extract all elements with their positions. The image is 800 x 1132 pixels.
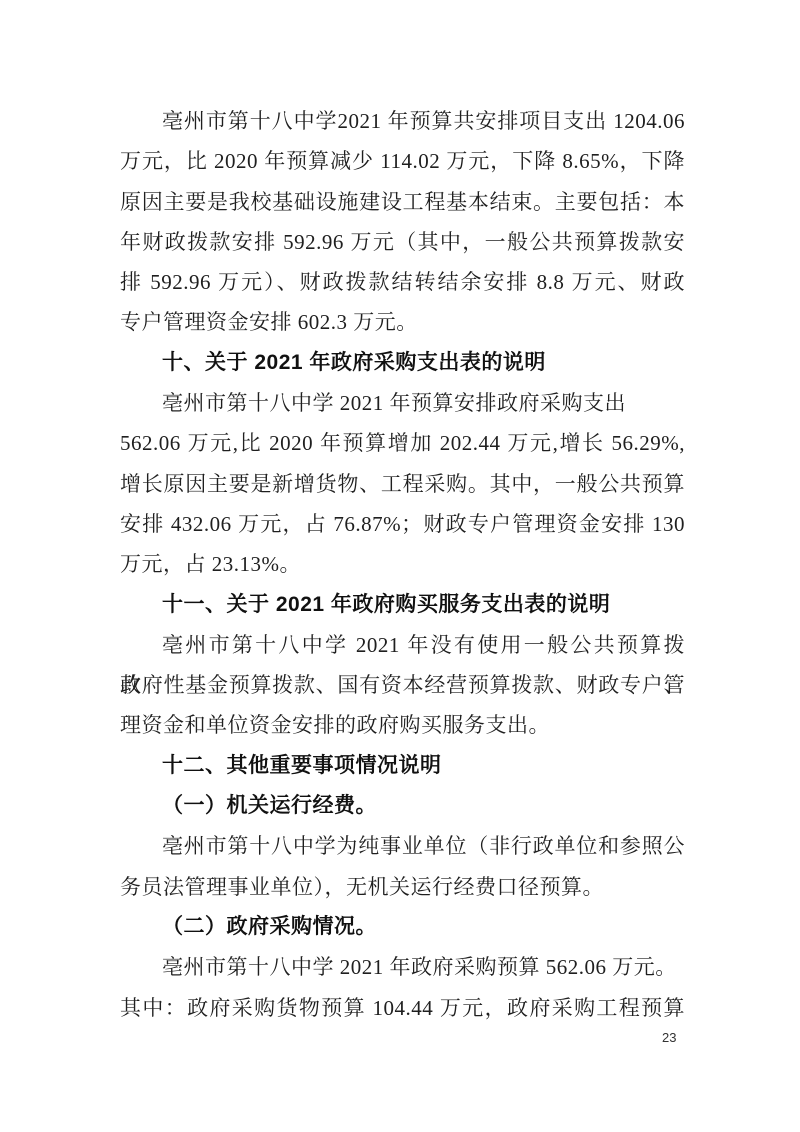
body-line: 务员法管理事业单位），无机关运行经费口径预算。 — [120, 867, 685, 907]
heading-subsection-1: （一）机关运行经费。 — [120, 786, 685, 826]
body-line: 亳州市第十八中学 2021 年没有使用一般公共预算拨款、 — [120, 625, 685, 665]
body-line: 专户管理资金安排 602.3 万元。 — [120, 302, 685, 342]
document-page: 亳州市第十八中学2021 年预算共安排项目支出 1204.06 万元，比 202… — [0, 0, 800, 1132]
body-line: 其中：政府采购货物预算 104.44 万元，政府采购工程预算 — [120, 988, 685, 1028]
body-line: 万元，比 2020 年预算减少 114.02 万元，下降 8.65%，下降 — [120, 141, 685, 181]
document-body: 亳州市第十八中学2021 年预算共安排项目支出 1204.06 万元，比 202… — [120, 101, 685, 1028]
body-line: 理资金和单位资金安排的政府购买服务支出。 — [120, 705, 685, 745]
body-line: 安排 432.06 万元，占 76.87%；财政专户管理资金安排 130 — [120, 504, 685, 544]
heading-section-12: 十二、其他重要事项情况说明 — [120, 746, 685, 786]
heading-subsection-2: （二）政府采购情况。 — [120, 907, 685, 947]
body-line: 亳州市第十八中学2021 年预算共安排项目支出 1204.06 — [120, 101, 685, 141]
body-line: 原因主要是我校基础设施建设工程基本结束。主要包括：本 — [120, 182, 685, 222]
body-line: 亳州市第十八中学 2021 年政府采购预算 562.06 万元。 — [120, 947, 685, 987]
body-line: 排 592.96 万元）、财政拨款结转结余安排 8.8 万元、财政 — [120, 262, 685, 302]
body-line: 万元，占 23.13%。 — [120, 544, 685, 584]
body-line: 562.06 万元,比 2020 年预算增加 202.44 万元,增长 56.2… — [120, 423, 685, 463]
body-line: 政府性基金预算拨款、国有资本经营预算拨款、财政专户管 — [120, 665, 685, 705]
heading-section-10: 十、关于 2021 年政府采购支出表的说明 — [120, 343, 685, 383]
heading-section-11: 十一、关于 2021 年政府购买服务支出表的说明 — [120, 585, 685, 625]
body-line: 亳州市第十八中学 2021 年预算安排政府采购支出 — [120, 383, 685, 423]
page-number: 23 — [662, 1030, 676, 1045]
body-line: 增长原因主要是新增货物、工程采购。其中，一般公共预算 — [120, 464, 685, 504]
body-line: 亳州市第十八中学为纯事业单位（非行政单位和参照公 — [120, 826, 685, 866]
body-line: 年财政拨款安排 592.96 万元（其中，一般公共预算拨款安 — [120, 222, 685, 262]
